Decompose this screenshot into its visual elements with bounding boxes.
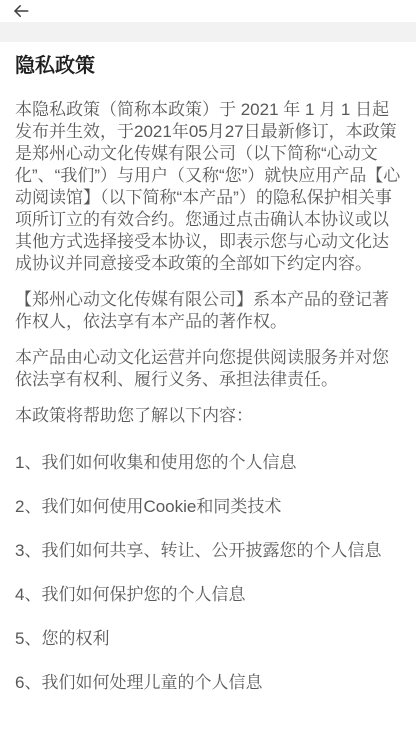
privacy-policy-screen: 隐私政策 本隐私政策（简称本政策）于 2021 年 1 月 1 日起发布并生效，… <box>0 0 416 694</box>
toc-item-3: 3、我们如何共享、转让、公开披露您的个人信息 <box>15 540 401 562</box>
toc-item-2: 2、我们如何使用Cookie和同类技术 <box>15 496 401 518</box>
page-title: 隐私政策 <box>15 54 401 78</box>
toc-intro: 本政策将帮助您了解以下内容： <box>15 405 401 427</box>
policy-paragraph-intro: 本隐私政策（简称本政策）于 2021 年 1 月 1 日起发布并生效，于2021… <box>15 99 401 275</box>
navbar <box>0 0 416 22</box>
policy-content: 隐私政策 本隐私政策（简称本政策）于 2021 年 1 月 1 日起发布并生效，… <box>0 42 416 694</box>
policy-paragraph-copyright: 【郑州心动文化传媒有限公司】系本产品的登记著作权人，依法享有本产品的著作权。 <box>15 289 401 333</box>
toc-item-1: 1、我们如何收集和使用您的个人信息 <box>15 452 401 474</box>
policy-paragraph-operation: 本产品由心动文化运营并向您提供阅读服务并对您依法享有权利、履行义务、承担法律责任… <box>15 347 401 391</box>
toc-item-4: 4、我们如何保护您的个人信息 <box>15 584 401 606</box>
header-divider <box>0 22 416 42</box>
back-arrow-icon <box>11 2 31 20</box>
toc-item-6: 6、我们如何处理儿童的个人信息 <box>15 672 401 694</box>
toc-item-5: 5、您的权利 <box>15 628 401 650</box>
back-button[interactable] <box>10 1 32 21</box>
toc-list: 1、我们如何收集和使用您的个人信息 2、我们如何使用Cookie和同类技术 3、… <box>15 452 401 694</box>
